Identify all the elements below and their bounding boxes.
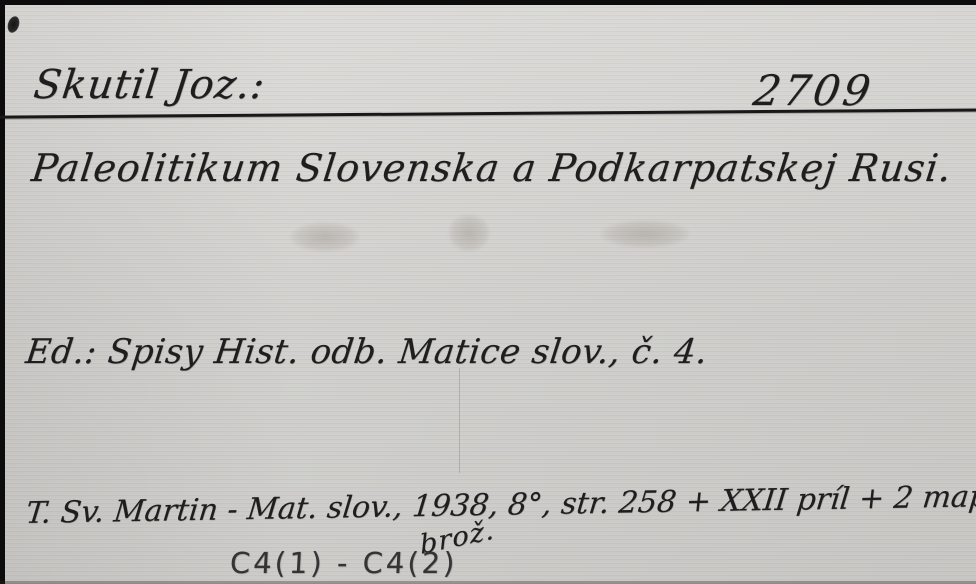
- scan-edge-top: [0, 0, 976, 5]
- series-note: Ed.: Spisy Hist. odb. Matice slov., č. 4…: [24, 332, 710, 372]
- accession-number: 2709: [750, 66, 877, 115]
- shelfmark: C4(1) - C4(2): [229, 546, 458, 580]
- paper-smudge: [290, 222, 360, 252]
- book-title: Paleolitikum Slovenska a Podkarpatskej R…: [29, 146, 954, 190]
- paper-crease: [459, 368, 460, 473]
- imprint-collation-line: T. Sv. Martin - Mat. slov., 1938, 8°, st…: [24, 479, 976, 531]
- ink-dot: [6, 15, 22, 35]
- paper-smudge: [600, 220, 690, 248]
- author-heading: Skutil Joz.:: [31, 62, 268, 108]
- catalog-card-scan: Skutil Joz.: 2709 Paleolitikum Slovenska…: [0, 0, 976, 584]
- paper-smudge: [448, 214, 490, 252]
- scan-edge-left: [0, 0, 5, 584]
